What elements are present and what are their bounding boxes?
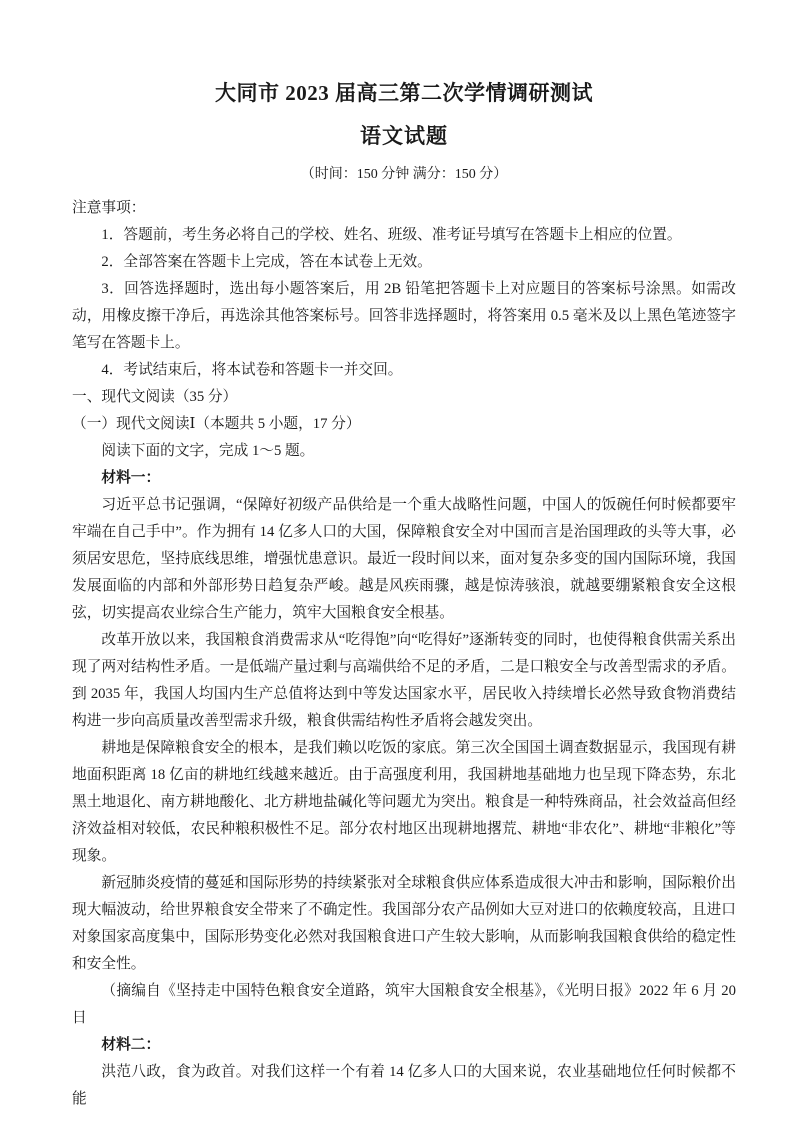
reading-instruction: 阅读下面的文字，完成 1～5 题。: [72, 438, 736, 465]
material-one-paragraph-2: 改革开放以来，我国粮食消费需求从“吃得饱”向“吃得好”逐渐转变的同时，也使得粮食…: [72, 627, 736, 735]
document-body: 注意事项： 1．答题前，考生务必将自己的学校、姓名、班级、准考证号填写在答题卡上…: [72, 195, 736, 1113]
material-one-label: 材料一：: [72, 465, 736, 492]
subsection-heading-reading-one: （一）现代文阅读Ⅰ（本题共 5 小题，17 分）: [72, 411, 736, 438]
material-one-source: （摘编自《坚持走中国特色粮食安全道路，筑牢大国粮食安全根基》，《光明日报》202…: [72, 978, 736, 1032]
material-one-paragraph-4: 新冠肺炎疫情的蔓延和国际形势的持续紧张对全球粮食供应体系造成很大冲击和影响，国际…: [72, 870, 736, 978]
material-two-label: 材料二：: [72, 1032, 736, 1059]
time-score-line: （时间：150 分钟 满分：150 分）: [72, 165, 736, 185]
exam-title: 大同市 2023 届高三第二次学情调研测试: [72, 80, 736, 106]
exam-paper-page: 大同市 2023 届高三第二次学情调研测试 语文试题 （时间：150 分钟 满分…: [0, 0, 793, 1122]
notice-item-1: 1．答题前，考生务必将自己的学校、姓名、班级、准考证号填写在答题卡上相应的位置。: [72, 222, 736, 249]
material-one-paragraph-1: 习近平总书记强调，“保障好初级产品供给是一个重大战略性问题，中国人的饭碗任何时候…: [72, 492, 736, 627]
notice-heading: 注意事项：: [72, 195, 736, 222]
material-two-paragraph: 洪范八政，食为政首。对我们这样一个有着 14 亿多人口的大国来说，农业基础地位任…: [72, 1059, 736, 1113]
notice-item-2: 2．全部答案在答题卡上完成，答在本试卷上无效。: [72, 249, 736, 276]
material-one-paragraph-3: 耕地是保障粮食安全的根本，是我们赖以吃饭的家底。第三次全国国土调查数据显示，我国…: [72, 735, 736, 870]
notice-item-4: 4．考试结束后，将本试卷和答题卡一并交回。: [72, 357, 736, 384]
section-heading-modern-reading: 一、现代文阅读（35 分）: [72, 384, 736, 411]
subject-title: 语文试题: [72, 123, 736, 149]
notice-item-3: 3．回答选择题时，选出每小题答案后，用 2B 铅笔把答题卡上对应题目的答案标号涂…: [72, 276, 736, 357]
